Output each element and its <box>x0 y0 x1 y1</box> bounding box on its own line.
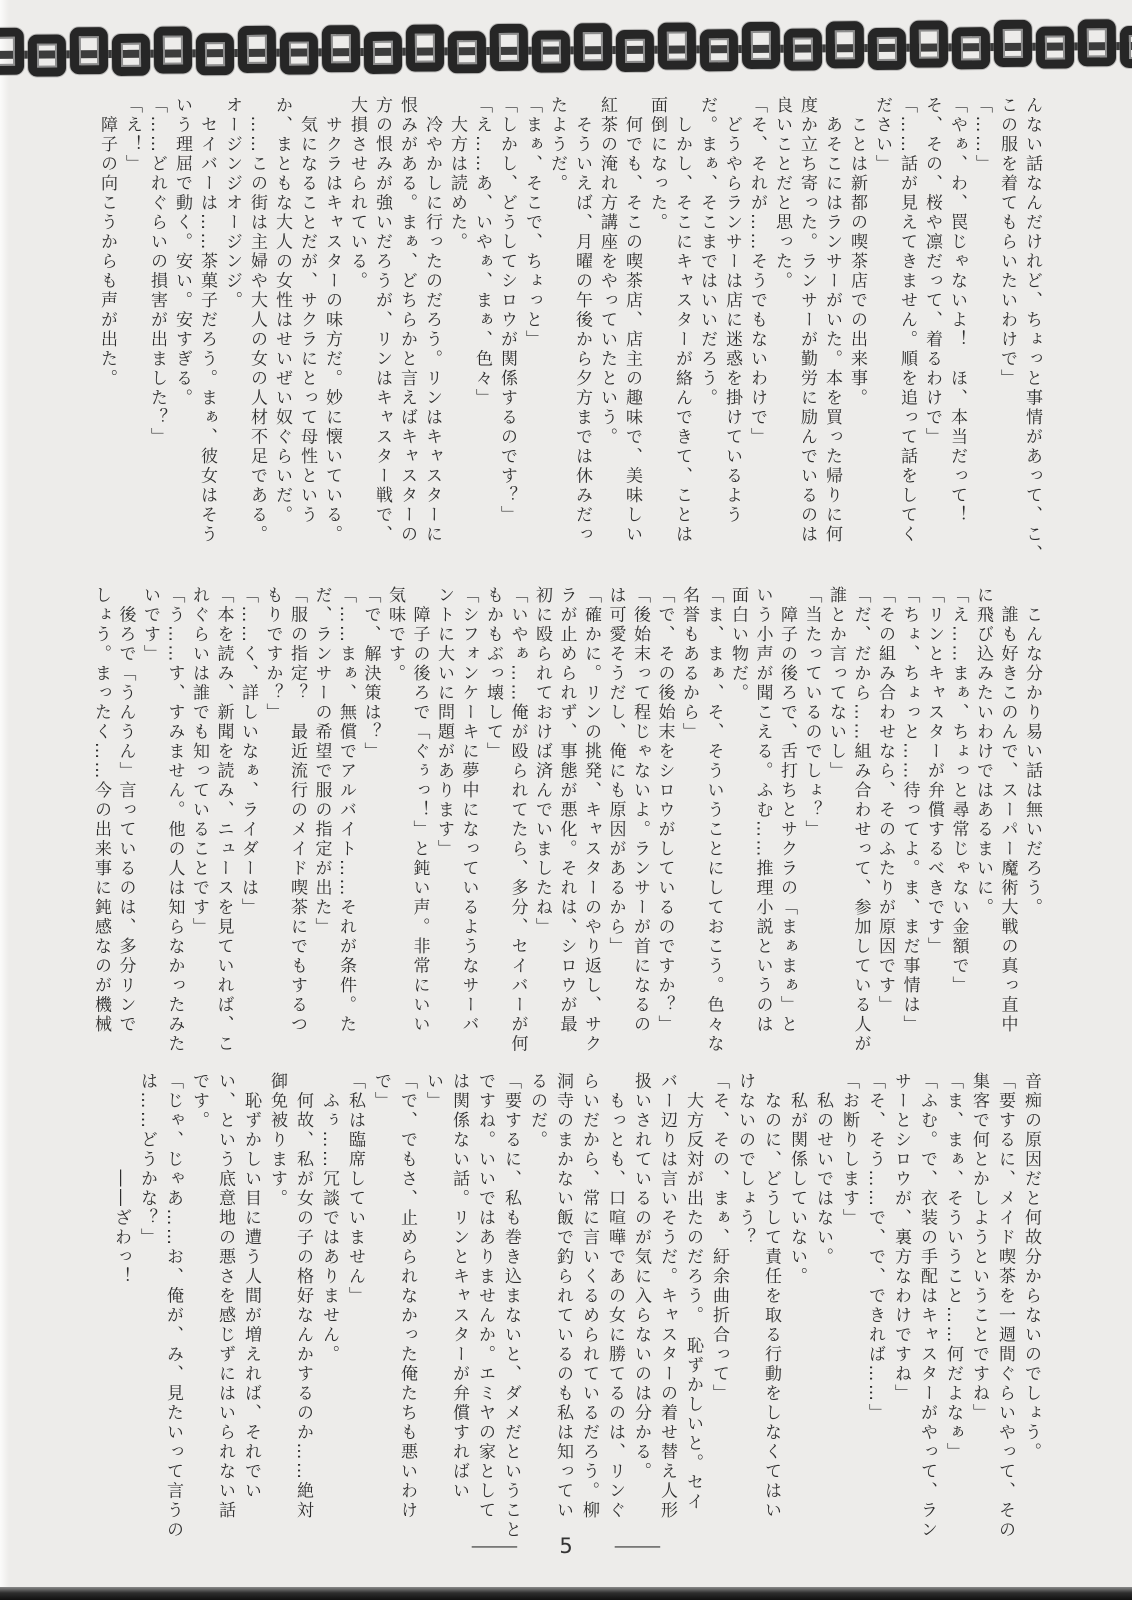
chain-link-icon <box>70 27 108 74</box>
chain-link-icon <box>826 21 864 68</box>
chain-link-icon <box>574 23 612 70</box>
chain-link-icon <box>1036 26 1074 68</box>
page-number-left-dash: — <box>470 1537 520 1555</box>
text-band-middle: こんな分かり易い話は無いだろう。 誰も好きこのんで、スーパー魔術大戦の真っ直中 … <box>84 586 1044 1058</box>
page-number-right-dash: — <box>612 1537 662 1555</box>
scan-left-edge <box>0 0 9 1600</box>
chain-link-icon <box>154 26 192 73</box>
chain-link-icon <box>196 33 234 75</box>
chain-link-icon <box>112 34 150 76</box>
chain-link-icon <box>28 34 66 76</box>
chain-link-icon <box>238 26 276 73</box>
chain-link-icon <box>784 28 822 70</box>
chain-link-icon <box>364 32 402 74</box>
chain-link-icon <box>0 28 24 75</box>
chain-link-icon <box>742 22 780 69</box>
chain-link-icon <box>1120 26 1132 68</box>
chain-links <box>0 17 1132 86</box>
page-number: — 5 — <box>0 1534 1132 1558</box>
scanned-page: んない話なんだけれど、ちょっと事情があって、こ、 この服を着てもらいたいわけで」… <box>0 0 1132 1600</box>
chain-link-icon <box>994 20 1032 67</box>
text-band-bottom: 音痴の原因だと何故分からないのでしょう。 「要するに、メイド喫茶を一週間ぐらいや… <box>84 1072 1044 1550</box>
chain-link-icon <box>658 22 696 69</box>
page-number-value: 5 <box>559 1534 572 1558</box>
chain-link-icon <box>280 32 318 74</box>
chain-link-icon <box>868 28 906 70</box>
chain-link-icon <box>406 24 444 71</box>
chain-border-icon <box>0 17 1132 86</box>
chain-link-icon <box>532 30 570 72</box>
text-band-top: んない話なんだけれど、ちょっと事情があって、こ、 この服を着てもらいたいわけで」… <box>84 96 1044 574</box>
chain-link-icon <box>910 20 948 67</box>
chain-link-icon <box>1078 19 1116 66</box>
chain-link-icon <box>616 30 654 72</box>
chain-link-icon <box>322 25 360 72</box>
chain-link-icon <box>490 24 528 71</box>
chain-link-icon <box>700 29 738 71</box>
scan-bottom-edge <box>0 1587 1132 1600</box>
chain-link-icon <box>952 27 990 69</box>
chain-link-icon <box>448 31 486 73</box>
